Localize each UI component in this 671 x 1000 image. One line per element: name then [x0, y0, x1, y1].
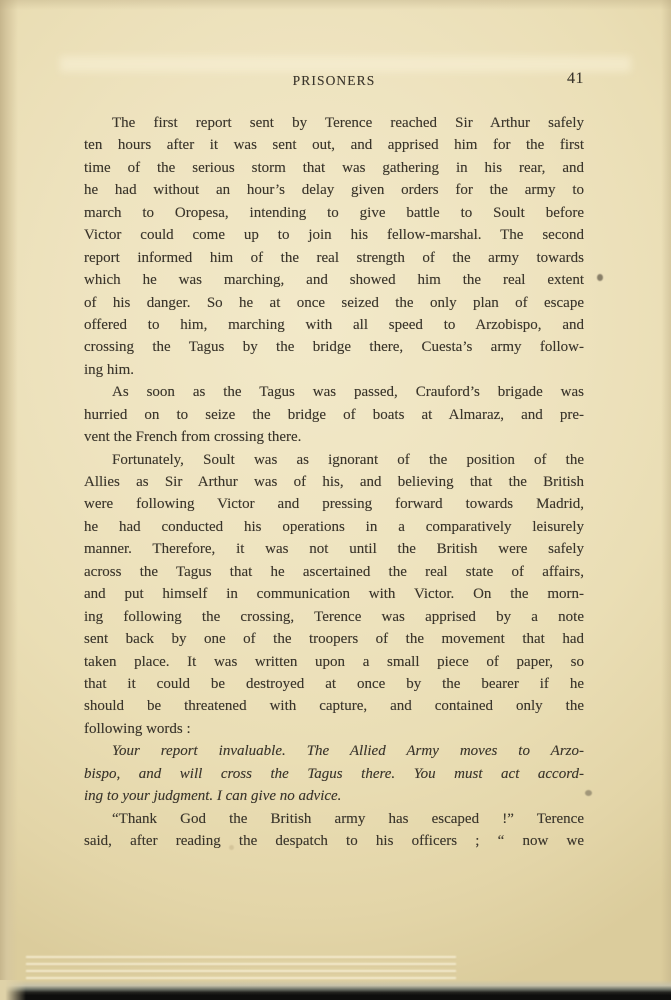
text-line: sent back by one of the troopers of the … — [84, 628, 584, 650]
text-line: across the Tagus that he ascertained the… — [84, 561, 584, 583]
text-line: ing to your judgment. I can give no advi… — [84, 785, 584, 807]
text-line: and put himself in communication with Vi… — [84, 583, 584, 605]
bottom-left-fade — [0, 980, 26, 1000]
page-number: 41 — [567, 70, 584, 88]
scan-light-band — [60, 56, 631, 72]
page-top-edge — [0, 0, 671, 10]
text-line: taken place. It was written upon a small… — [84, 651, 584, 673]
text-line: he had without an hour’s delay given ord… — [84, 179, 584, 201]
book-page-scan: PRISONERS 41 The first report sent by Te… — [0, 0, 671, 1000]
text-line: said, after reading the despatch to his … — [84, 830, 584, 852]
text-line: As soon as the Tagus was passed, Craufor… — [84, 381, 584, 403]
header-title: PRISONERS — [84, 73, 584, 89]
text-line: he had conducted his operations in a com… — [84, 516, 584, 538]
text-line: Fortunately, Soult was as ignorant of th… — [84, 449, 584, 471]
text-line: vent the French from crossing there. — [84, 426, 584, 448]
text-line: following words : — [84, 718, 584, 740]
page-stack-edges — [26, 953, 456, 979]
text-line: that it could be destroyed at once by th… — [84, 673, 584, 695]
text-line: should be threatened with capture, and c… — [84, 695, 584, 717]
text-line: report informed him of the real strength… — [84, 247, 584, 269]
text-line: crossing the Tagus by the bridge there, … — [84, 336, 584, 358]
text-line: manner. Therefore, it was not until the … — [84, 538, 584, 560]
paper-speck — [229, 845, 234, 850]
text-line: bispo, and will cross the Tagus there. Y… — [84, 763, 584, 785]
text-line: time of the serious storm that was gathe… — [84, 157, 584, 179]
text-line: ten hours after it was sent out, and app… — [84, 134, 584, 156]
text-line: offered to him, marching with all speed … — [84, 314, 584, 336]
page-left-edge — [0, 0, 18, 1000]
paper-speck — [597, 274, 603, 281]
text-line: march to Oropesa, intending to give batt… — [84, 202, 584, 224]
page-right-edge — [661, 0, 671, 1000]
paper-speck — [585, 790, 592, 796]
text-line: Victor could come up to join his fellow-… — [84, 224, 584, 246]
running-header: PRISONERS 41 — [84, 73, 584, 95]
text-line: of his danger. So he at once seized the … — [84, 292, 584, 314]
body-text: The first report sent by Terence reached… — [84, 112, 584, 852]
text-line: which he was marching, and showed him th… — [84, 269, 584, 291]
text-line: The first report sent by Terence reached… — [84, 112, 584, 134]
text-line: hurried on to seize the bridge of boats … — [84, 404, 584, 426]
text-line: Allies as Sir Arthur was of his, and bel… — [84, 471, 584, 493]
text-line: ing following the crossing, Terence was … — [84, 606, 584, 628]
text-line: ing him. — [84, 359, 584, 381]
text-line: “Thank God the British army has escaped … — [84, 808, 584, 830]
bottom-dark-strip — [0, 980, 671, 1000]
text-line: Your report invaluable. The Allied Army … — [84, 740, 584, 762]
text-line: were following Victor and pressing forwa… — [84, 493, 584, 515]
